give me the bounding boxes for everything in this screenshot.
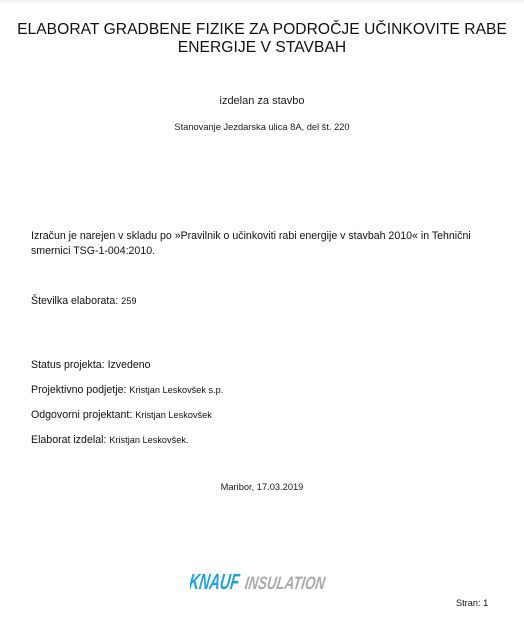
compliance-paragraph: Izračun je narejen v skladu po »Pravilni… <box>31 229 501 258</box>
logo-insulation-text: INSULATION <box>244 573 327 593</box>
project-status-value: Izvedeno <box>108 359 151 371</box>
prepared-by-label: Elaborat izdelal: <box>31 434 109 446</box>
prepared-by-field: Elaborat izdelal: Kristjan Leskovšek. <box>31 430 188 448</box>
subtitle: izdelan za stavbo <box>0 95 524 107</box>
prepared-by-value: Kristjan Leskovšek. <box>109 435 188 445</box>
title-line-1: ELABORAT GRADBENE FIZIKE ZA PODROČJE UČI… <box>0 21 524 39</box>
design-company-field: Projektivno podjetje: Kristjan Leskovšek… <box>31 380 223 398</box>
report-number-value: 259 <box>121 296 136 306</box>
report-number-field: Številka elaborata: 259 <box>31 291 136 309</box>
project-status-label: Status projekta: <box>31 359 108 371</box>
building-address: Stanovanje Jezdarska ulica 8A, del št. 2… <box>0 122 524 132</box>
design-company-label: Projektivno podjetje: <box>31 384 129 396</box>
responsible-designer-label: Odgovorni projektant: <box>31 409 135 421</box>
place-and-date: Maribor, 17.03.2019 <box>0 482 524 492</box>
page-top-edge <box>0 0 524 3</box>
report-number-label: Številka elaborata: <box>31 295 121 307</box>
design-company-value: Kristjan Leskovšek s.p. <box>129 385 223 395</box>
knauf-insulation-logo: KNAUF INSULATION <box>190 562 330 596</box>
page-number: Stran: 1 <box>456 598 488 608</box>
title-line-2: ENERGIJE V STAVBAH <box>0 39 524 57</box>
logo-knauf-text: KNAUF <box>190 569 241 594</box>
responsible-designer-field: Odgovorni projektant: Kristjan Leskovšek <box>31 405 212 423</box>
document-title: ELABORAT GRADBENE FIZIKE ZA PODROČJE UČI… <box>0 21 524 57</box>
project-status-field: Status projekta: Izvedeno <box>31 355 151 373</box>
responsible-designer-value: Kristjan Leskovšek <box>135 410 212 420</box>
